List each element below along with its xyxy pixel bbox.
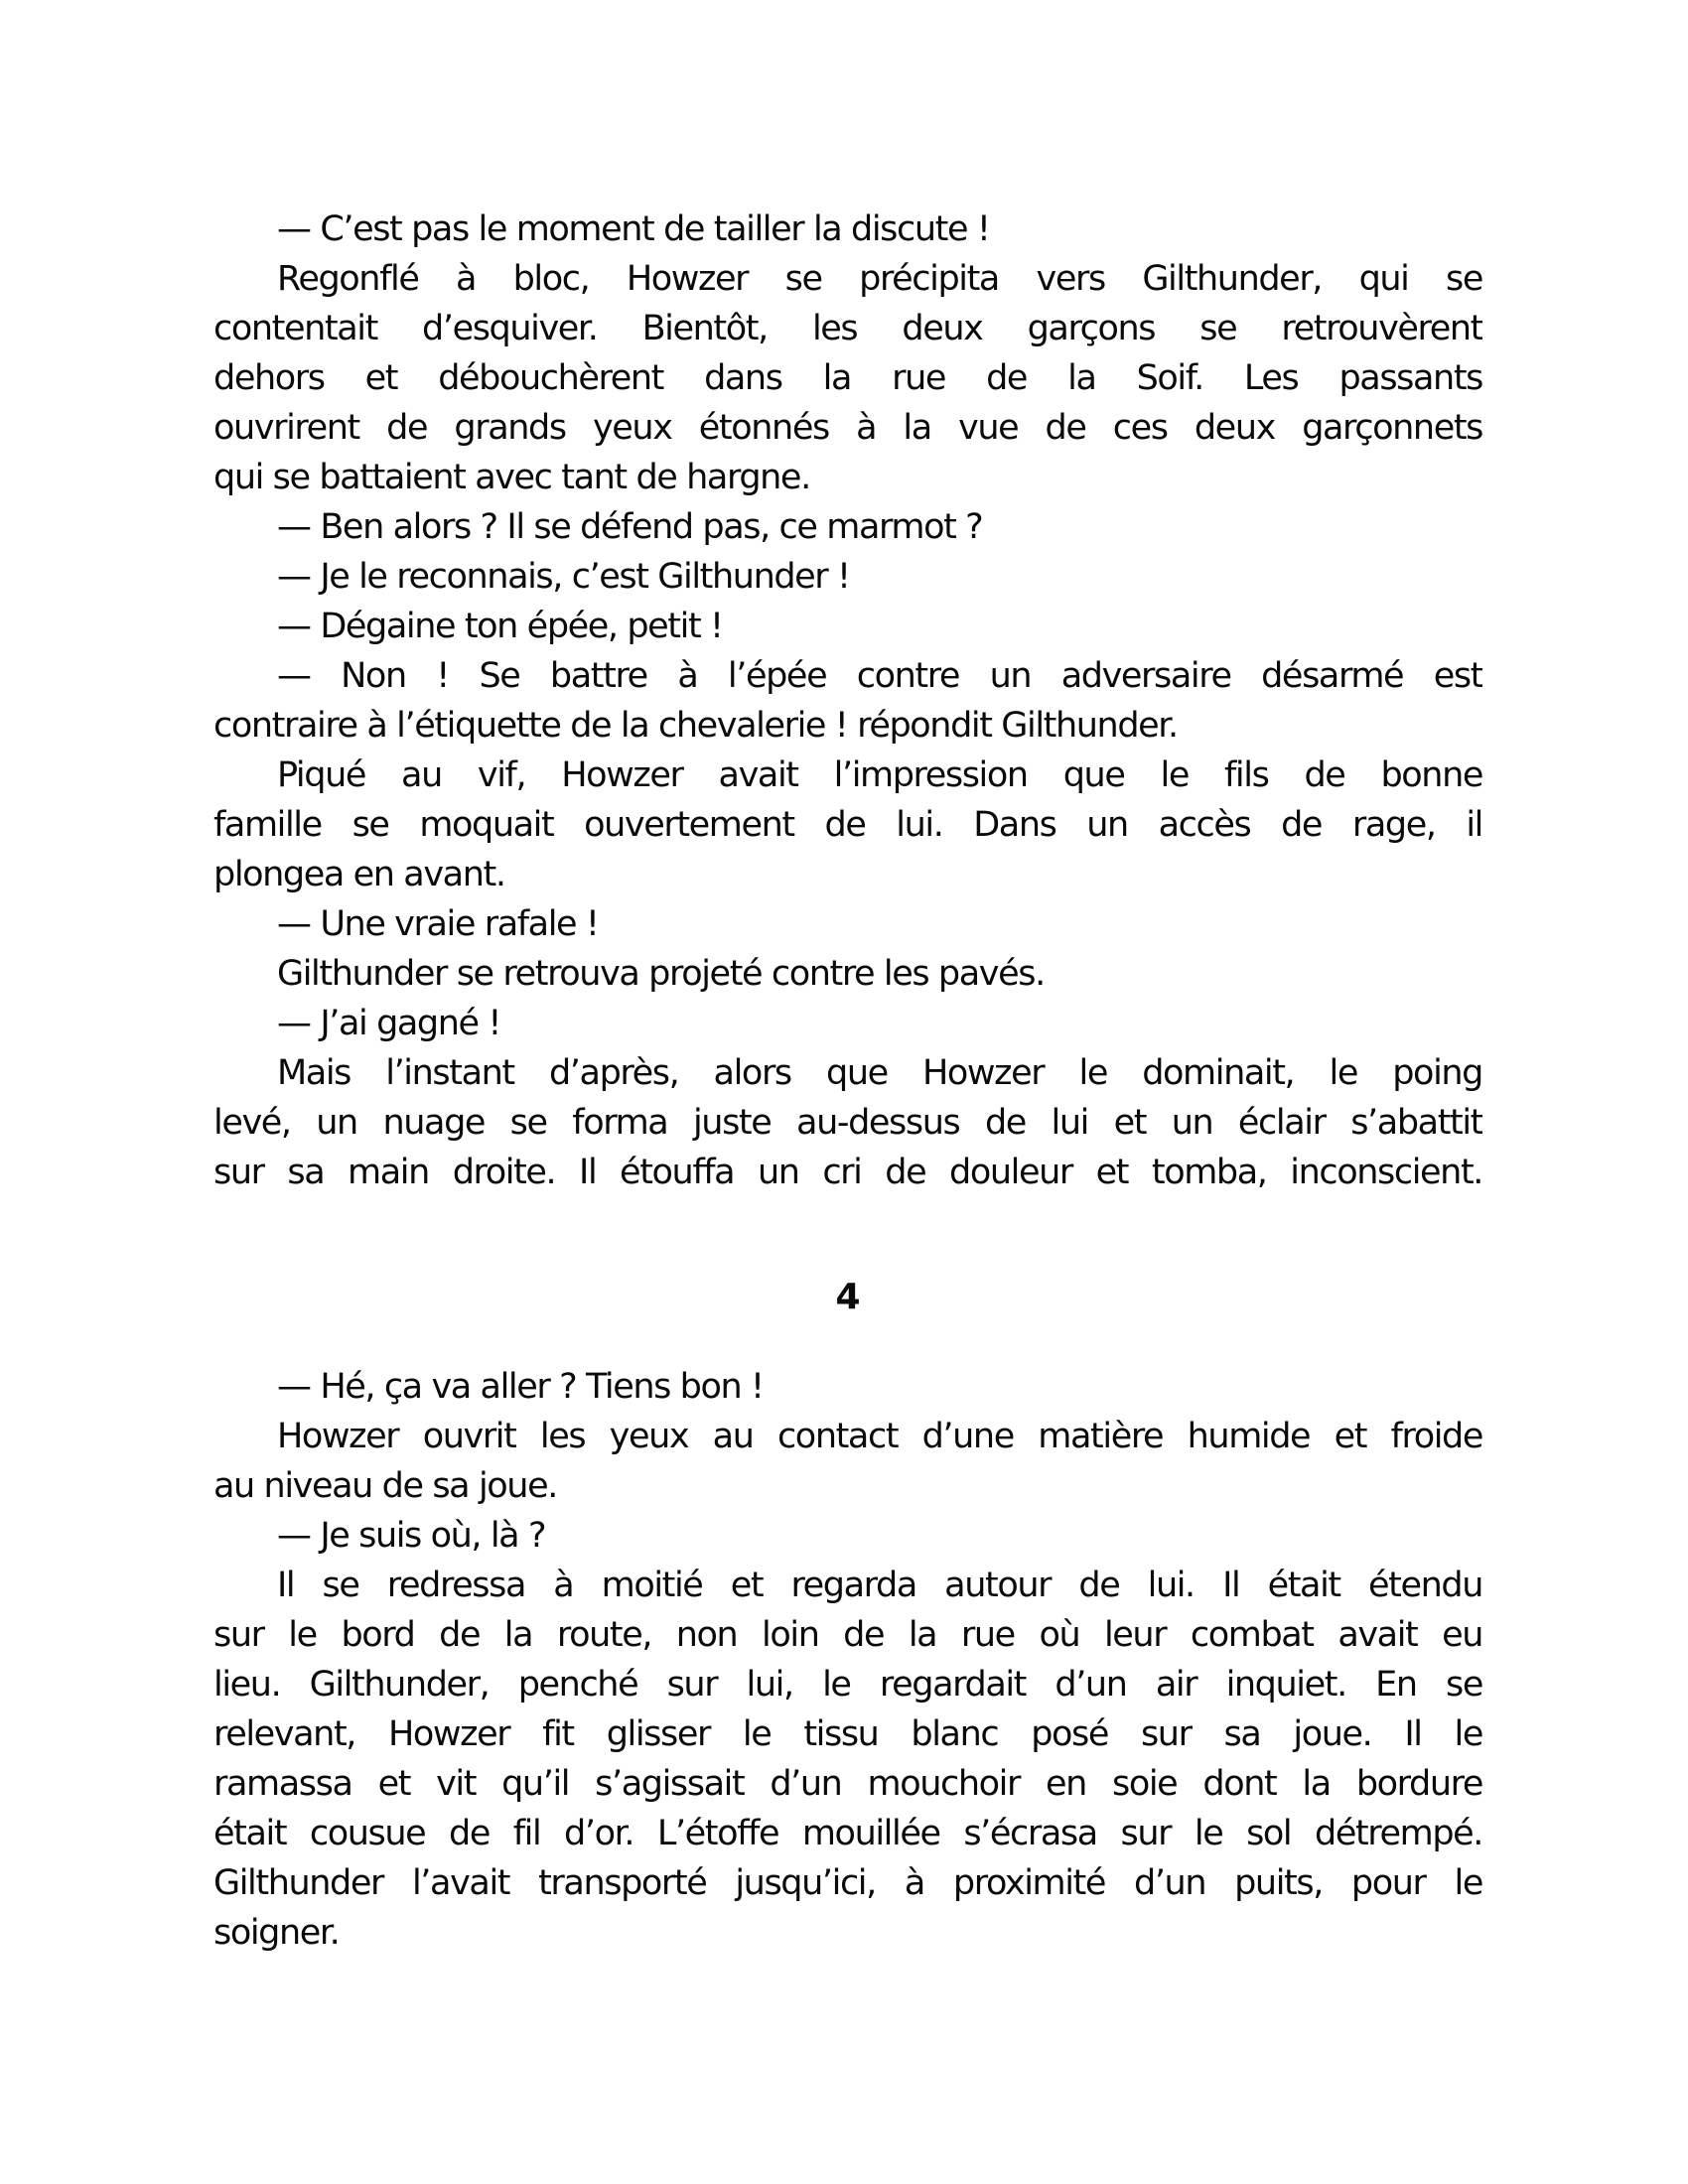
text-line: famille se moquait ouvertement de lui. D… (213, 800, 1482, 850)
text-line: Gilthunder l’avait transporté jusqu’ici,… (213, 1858, 1482, 1908)
text-line: relevant, Howzer fit glisser le tissu bl… (213, 1709, 1482, 1759)
text-line: ramassa et vit qu’il s’agissait d’un mou… (213, 1759, 1482, 1809)
text-line: ouvrirent de grands yeux étonnés à la vu… (213, 403, 1482, 453)
text-line: — C’est pas le moment de tailler la disc… (213, 205, 1482, 254)
text-line: Mais l’instant d’après, alors que Howzer… (213, 1048, 1482, 1098)
text-line: dehors et débouchèrent dans la rue de la… (213, 353, 1482, 403)
text-line: — Je suis où, là ? (213, 1511, 1482, 1561)
text-line: — Je le reconnais, c’est Gilthunder ! (213, 552, 1482, 602)
text-line: contraire à l’étiquette de la chevalerie… (213, 701, 1482, 751)
text-line: plongea en avant. (213, 850, 1482, 899)
text-line: sur sa main droite. Il étouffa un cri de… (213, 1148, 1482, 1197)
text-line: — J’ai gagné ! (213, 999, 1482, 1048)
text-line: Piqué au vif, Howzer avait l’impression … (213, 751, 1482, 800)
text-line: sur le bord de la route, non loin de la … (213, 1610, 1482, 1660)
text-line: était cousue de fil d’or. L’étoffe mouil… (213, 1809, 1482, 1858)
text-line: Gilthunder se retrouva projeté contre le… (213, 949, 1482, 999)
text-line: — Dégaine ton épée, petit ! (213, 602, 1482, 651)
text-line: — Ben alors ? Il se défend pas, ce marmo… (213, 502, 1482, 552)
text-line: lieu. Gilthunder, penché sur lui, le reg… (213, 1660, 1482, 1709)
text-line: Il se redressa à moitié et regarda autou… (213, 1561, 1482, 1610)
text-line: levé, un nuage se forma juste au-dessus … (213, 1098, 1482, 1148)
text-line: au niveau de sa joue. (213, 1461, 1482, 1511)
text-line: contentait d’esquiver. Bientôt, les deux… (213, 304, 1482, 353)
text-line: Regonflé à bloc, Howzer se précipita ver… (213, 254, 1482, 304)
text-line: qui se battaient avec tant de hargne. (213, 453, 1482, 502)
chapter-number: 4 (213, 1273, 1482, 1322)
text-line: soigner. (213, 1908, 1482, 1958)
text-line: — Hé, ça va aller ? Tiens bon ! (213, 1362, 1482, 1412)
text-line: — Non ! Se battre à l’épée contre un adv… (213, 651, 1482, 701)
text-line: — Une vraie rafale ! (213, 899, 1482, 949)
text-line: Howzer ouvrit les yeux au contact d’une … (213, 1412, 1482, 1461)
